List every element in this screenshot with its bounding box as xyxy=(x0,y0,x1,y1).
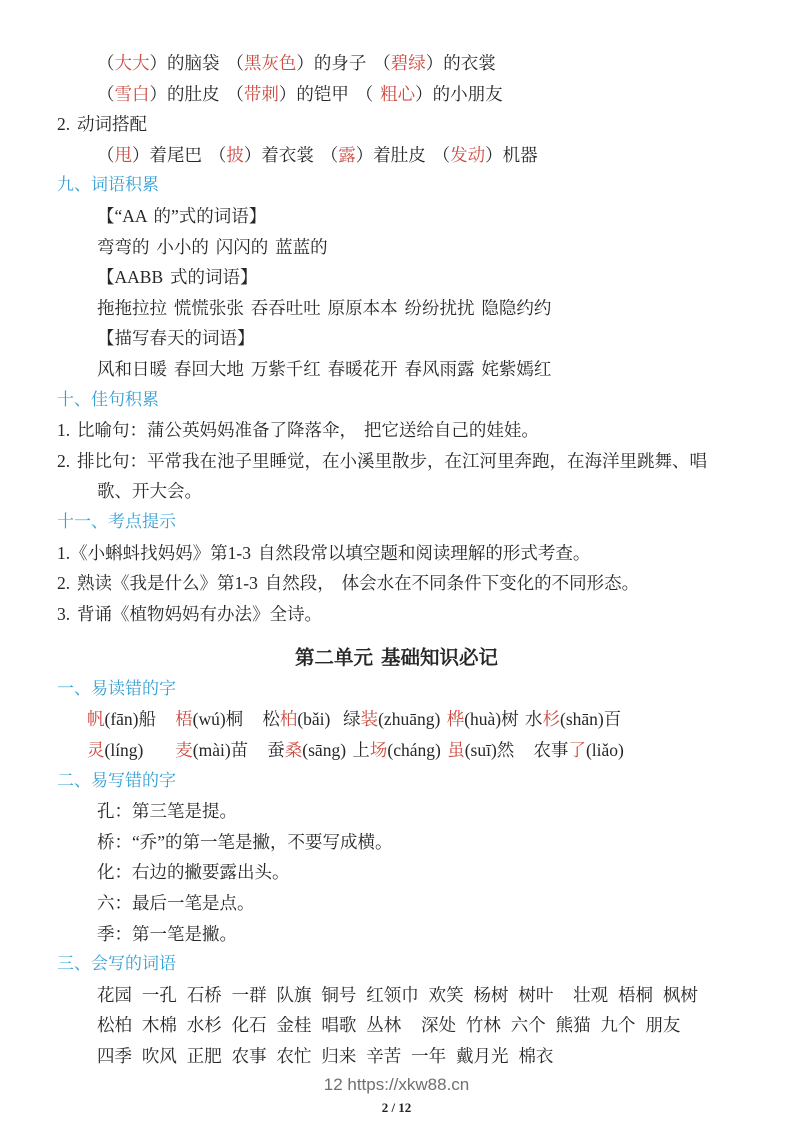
text-segment: 孔：第三笔是提。 xyxy=(97,801,237,821)
text-segment: ）的身子 （ xyxy=(296,53,390,73)
text-segment: (líng) xyxy=(105,740,176,760)
document-body: （大大）的脑袋 （黑灰色）的身子 （碧绿）的衣裳（雪白）的肚皮 （带刺）的铠甲 … xyxy=(57,48,763,1072)
highlighted-char: 场 xyxy=(370,740,388,760)
text-segment: ）的衣裳 xyxy=(426,53,496,73)
misread-chars-row-2: 灵(líng) 麦(mài)苗 蚕桑(sāng) 上场(cháng) 虽(suī… xyxy=(57,735,763,766)
text-segment: 六：最后一笔是点。 xyxy=(97,893,255,913)
text-segment: (mài)苗 xyxy=(193,740,268,760)
highlighted-char: 装 xyxy=(361,709,379,729)
text-segment: ）的铠甲 （ xyxy=(279,84,380,104)
highlighted-char: 甩 xyxy=(115,145,133,165)
section-heading-words-to-write: 三、会写的词语 xyxy=(57,949,763,980)
section-heading-exam-tips: 十一、考点提示 xyxy=(57,507,763,538)
section-heading-easily-miswritten: 二、易写错的字 xyxy=(57,766,763,797)
list-item-verb-pairing: 2. 动词搭配 xyxy=(57,109,763,140)
page-number: 2 / 12 xyxy=(30,1099,763,1117)
aa-words-line: 弯弯的 小小的 闪闪的 蓝蓝的 xyxy=(57,232,763,263)
highlighted-char: 杉 xyxy=(543,709,561,729)
highlighted-char: 黑灰色 xyxy=(244,53,297,73)
highlighted-char: 虽 xyxy=(447,740,465,760)
text-segment: ）机器 xyxy=(485,145,538,165)
highlighted-char: 大大 xyxy=(115,53,150,73)
text-segment: 【“AA 的”式的词语】 xyxy=(97,206,266,226)
document-page: （大大）的脑袋 （黑灰色）的身子 （碧绿）的衣裳（雪白）的肚皮 （带刺）的铠甲 … xyxy=(0,0,793,1122)
highlighted-char: 带刺 xyxy=(244,84,279,104)
highlighted-char: 桦 xyxy=(447,709,465,729)
miswritten-tip-ji: 季：第一笔是撇。 xyxy=(57,919,763,950)
unit-title: 第二单元 基础知识必记 xyxy=(30,643,763,674)
text-segment: 三、会写的词语 xyxy=(57,954,176,973)
verb-pairing-line: （甩）着尾巴 （披）着衣裳 （露）着肚皮 （发动）机器 xyxy=(57,140,763,171)
text-segment: 拖拖拉拉 慌慌张张 吞吞吐吐 原原本本 纷纷扰扰 隐隐约约 xyxy=(97,298,551,318)
text-segment: ）的脑袋 （ xyxy=(150,53,244,73)
text-segment: 松 xyxy=(262,709,280,729)
highlighted-char: 梧 xyxy=(175,709,193,729)
text-segment: (shān)百 xyxy=(560,709,621,729)
text-segment: ）的小朋友 xyxy=(415,84,503,104)
text-segment: 农事 xyxy=(533,740,568,760)
text-segment: 化：右边的撇要露出头。 xyxy=(97,862,290,882)
text-segment: 十、佳句积累 xyxy=(57,390,159,409)
text-segment: (bǎi) xyxy=(297,709,343,729)
highlighted-char: 发动 xyxy=(450,145,485,165)
text-segment: 风和日暖 春回大地 万紫千红 春暖花开 春风雨露 姹紫嫣红 xyxy=(97,359,551,379)
text-segment: (wú)桐 xyxy=(193,709,263,729)
text-segment: （ xyxy=(97,145,115,165)
text-segment: (huà)树 xyxy=(464,709,525,729)
text-segment: 绿 xyxy=(343,709,361,729)
spring-words-line: 风和日暖 春回大地 万紫千红 春暖花开 春风雨露 姹紫嫣红 xyxy=(57,354,763,385)
parallel-sentence-line-2: 歌、开大会。 xyxy=(57,476,763,507)
highlighted-char: 桑 xyxy=(285,740,303,760)
exam-tip-2: 2. 熟读《我是什么》第1-3 自然段， 体会水在不同条件下变化的不同形态。 xyxy=(57,568,763,599)
text-segment: 歌、开大会。 xyxy=(97,481,202,501)
text-segment: （ xyxy=(97,84,115,104)
words-row-1: 花园 一孔 石桥 一群 队旗 铜号 红领巾 欢笑 杨树 树叶 壮观 梧桐 枫树 xyxy=(57,980,763,1011)
text-segment: 1. 比喻句：蒲公英妈妈准备了降落伞， 把它送给自己的娃娃。 xyxy=(57,420,539,440)
text-segment: 上 xyxy=(352,740,370,760)
text-segment: 水 xyxy=(525,709,543,729)
exam-tip-1: 1.《小蝌蚪找妈妈》第1-3 自然段常以填空题和阅读理解的形式考查。 xyxy=(57,538,763,569)
text-segment: (suī)然 xyxy=(465,740,534,760)
adjective-pairing-line-1: （大大）的脑袋 （黑灰色）的身子 （碧绿）的衣裳 xyxy=(57,48,763,79)
highlighted-char: 灵 xyxy=(87,740,105,760)
text-segment: ）着肚皮 （ xyxy=(356,145,450,165)
text-segment: 第二单元 基础知识必记 xyxy=(295,647,498,669)
text-segment: 四季 吹风 正肥 农事 农忙 归来 辛苦 一年 戴月光 棉衣 xyxy=(97,1046,553,1066)
misread-chars-row-1: 帆(fān)船 梧(wú)桐 松柏(bǎi) 绿装(zhuāng) 桦(huà)… xyxy=(57,704,763,735)
miswritten-tip-liu: 六：最后一笔是点。 xyxy=(57,888,763,919)
text-segment: ）着衣裳 （ xyxy=(244,145,338,165)
text-segment: 蚕 xyxy=(267,740,285,760)
highlighted-char: 麦 xyxy=(175,740,193,760)
text-segment: 九、词语积累 xyxy=(57,175,159,194)
text-segment: 1.《小蝌蚪找妈妈》第1-3 自然段常以填空题和阅读理解的形式考查。 xyxy=(57,543,590,563)
text-segment: 2. 熟读《我是什么》第1-3 自然段， 体会水在不同条件下变化的不同形态。 xyxy=(57,573,639,593)
highlighted-char: 披 xyxy=(226,145,244,165)
parallel-sentence-line-1: 2. 排比句：平常我在池子里睡觉，在小溪里散步，在江河里奔跑，在海洋里跳舞、唱 xyxy=(57,446,763,477)
text-segment: 2. 排比句：平常我在池子里睡觉，在小溪里散步，在江河里奔跑，在海洋里跳舞、唱 xyxy=(57,451,707,471)
text-segment: 一、易读错的字 xyxy=(57,679,176,698)
highlighted-char: 了 xyxy=(568,740,586,760)
section-heading-word-accumulation: 九、词语积累 xyxy=(57,170,763,201)
highlighted-char: 帆 xyxy=(87,709,105,729)
miswritten-tip-hua: 化：右边的撇要露出头。 xyxy=(57,857,763,888)
text-segment: 十一、考点提示 xyxy=(57,512,176,531)
text-segment: (zhuāng) xyxy=(378,709,447,729)
highlighted-char: 柏 xyxy=(280,709,298,729)
text-segment: 桥：“乔”的第一笔是撇，不要写成横。 xyxy=(97,832,393,852)
text-segment: 【AABB 式的词语】 xyxy=(97,267,258,287)
simile-sentence: 1. 比喻句：蒲公英妈妈准备了降落伞， 把它送给自己的娃娃。 xyxy=(57,415,763,446)
highlighted-char: 露 xyxy=(338,145,356,165)
text-segment: 松柏 木棉 水杉 化石 金桂 唱歌 丛林 深处 竹林 六个 熊猫 九个 朋友 xyxy=(97,1015,680,1035)
text-segment: (liǎo) xyxy=(586,740,624,760)
text-segment: （ xyxy=(97,53,115,73)
text-segment: ）的肚皮 （ xyxy=(150,84,244,104)
text-segment: (cháng) xyxy=(387,740,447,760)
text-segment: (sāng) xyxy=(302,740,352,760)
subheading-aa-words: 【“AA 的”式的词语】 xyxy=(57,201,763,232)
subheading-aabb-words: 【AABB 式的词语】 xyxy=(57,262,763,293)
highlighted-char: 雪白 xyxy=(115,84,150,104)
subheading-spring-words: 【描写春天的词语】 xyxy=(57,323,763,354)
text-segment: 2. 动词搭配 xyxy=(57,114,147,134)
section-heading-sentence-accumulation: 十、佳句积累 xyxy=(57,385,763,416)
section-heading-easily-misread: 一、易读错的字 xyxy=(57,674,763,705)
watermark-link[interactable]: 12 https://xkw88.cn xyxy=(30,1074,763,1096)
page-footer: 12 https://xkw88.cn 2 / 12 xyxy=(30,1074,763,1117)
text-segment: 花园 一孔 石桥 一群 队旗 铜号 红领巾 欢笑 杨树 树叶 壮观 梧桐 枫树 xyxy=(97,985,698,1005)
exam-tip-3: 3. 背诵《植物妈妈有办法》全诗。 xyxy=(57,599,763,630)
text-segment: 3. 背诵《植物妈妈有办法》全诗。 xyxy=(57,604,322,624)
miswritten-tip-qiao: 桥：“乔”的第一笔是撇，不要写成横。 xyxy=(57,827,763,858)
highlighted-char: 粗心 xyxy=(380,84,415,104)
highlighted-char: 碧绿 xyxy=(391,53,426,73)
adjective-pairing-line-2: （雪白）的肚皮 （带刺）的铠甲 （ 粗心）的小朋友 xyxy=(57,79,763,110)
aabb-words-line: 拖拖拉拉 慌慌张张 吞吞吐吐 原原本本 纷纷扰扰 隐隐约约 xyxy=(57,293,763,324)
words-row-3: 四季 吹风 正肥 农事 农忙 归来 辛苦 一年 戴月光 棉衣 xyxy=(57,1041,763,1072)
text-segment: 弯弯的 小小的 闪闪的 蓝蓝的 xyxy=(97,237,328,257)
text-segment: 【描写春天的词语】 xyxy=(97,328,255,348)
text-segment: 季：第一笔是撇。 xyxy=(97,924,237,944)
miswritten-tip-kong: 孔：第三笔是提。 xyxy=(57,796,763,827)
text-segment: 二、易写错的字 xyxy=(57,771,176,790)
text-segment: ）着尾巴 （ xyxy=(132,145,226,165)
words-row-2: 松柏 木棉 水杉 化石 金桂 唱歌 丛林 深处 竹林 六个 熊猫 九个 朋友 xyxy=(57,1010,763,1041)
text-segment: (fān)船 xyxy=(105,709,176,729)
